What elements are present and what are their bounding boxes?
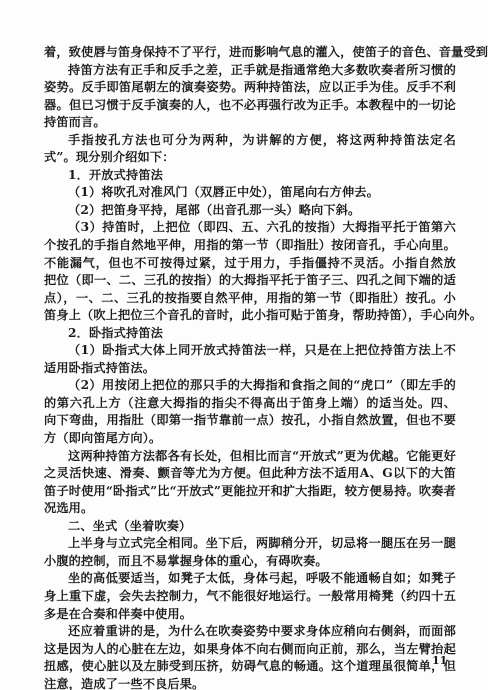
text-line: 小腹的控制，而且不易掌握身体的重心，有碍吹奏。 bbox=[44, 553, 456, 571]
text-line: 姿势。反手即笛尾朝左的演奏姿势。两种持笛法，应以正手为佳。反手不利于学习和借鉴别… bbox=[44, 79, 456, 97]
text-line: 1．开放式持笛法 bbox=[44, 167, 456, 185]
text-line: （2）用按闭上把位的那只手的大拇指和食指之间的“虎口”（即左手的虎口），夹托于笛… bbox=[44, 377, 456, 395]
text-line: 身上重下虚，会失去控制力，气不能很好地运行。一般常用椅凳（约四十五公分）最合适。… bbox=[44, 588, 456, 606]
text-line: 况选用。 bbox=[44, 500, 456, 518]
text-line: 持笛而言。 bbox=[44, 114, 456, 132]
text-line: 之灵活快速、滑奏、颤音等尤为方便。但此种方法不适用A、G以下的大笛子（即箫笛）。… bbox=[44, 465, 456, 483]
text-line: 笛子时使用“卧指式”比“开放式”更能拉开和扩大指距，较方便易持。吹奏者可以根据自… bbox=[44, 483, 456, 501]
text-line: （2）把笛身平持，尾部（出音孔那一头）略向下斜。 bbox=[44, 202, 456, 220]
text-line: （1）将吹孔对准风门（双唇正中处），笛尾向右方伸去。 bbox=[44, 184, 456, 202]
text-line: 不能漏气，但也不可按得过紧，过于用力，手指僵持不灵活。小指自然放置，不要靠在笛子… bbox=[44, 255, 456, 273]
text-line: 持笛方法有正手和反手之差，正手就是指通常绝大多数吹奏者所习惯的笛尾朝右的演奏 bbox=[44, 62, 456, 80]
text-line: 上半身与立式完全相同。坐下后，两脚稍分开，切忌将一腿压在另一腿上，因为这样会妨碍 bbox=[44, 535, 456, 553]
text-line: 这两种持笛方法都各有长处，但相比而言“开放式”更为优越。它能更好地解放各手指，使 bbox=[44, 448, 456, 466]
text-line: 坐的高低要适当，如凳子太低，身体弓起，呼吸不能通畅自如；如凳子太高两脚不着地，全 bbox=[44, 570, 456, 588]
text-line: 适用卧指式持笛法。 bbox=[44, 360, 456, 378]
text-line: 注意，造成了一些不良后果。 bbox=[44, 676, 456, 690]
text-line: 把位（即一、二、三孔的按指）的大拇指平托于笛子三、四孔之间下端的适当处（正下方略… bbox=[44, 272, 456, 290]
page-number: 11 bbox=[432, 654, 447, 667]
section-heading: 二、坐式（坐着吹奏） bbox=[44, 518, 456, 536]
text-line: （3）持笛时，上把位（即四、五、六孔的按指）大拇指平托于笛第六孔前面外下侧处，其… bbox=[44, 219, 456, 237]
text-line: 器。但已习惯于反手演奏的人，也不必再强行改为正手。本教程中的一切论述及谱例均以正… bbox=[44, 97, 456, 115]
text-line: 还应着重讲的是，为什么在吹奏姿势中要求身体应稍向右侧斜，而面部却要向正前方呢？ bbox=[44, 623, 456, 641]
text-line: 扭感，使心脏以及左肺受到压挤，妨碍气息的畅通。这个道理虽很简单，但往往不被一些吹… bbox=[44, 658, 456, 676]
text-line: 笛身上（吹上把位三个音孔的音时，此小指可贴于笛身，帮助持笛），手心向外。 bbox=[44, 307, 456, 325]
text-line: 向下弯曲，用指肚（即第一指节靠前一点）按孔，小指自然放置，但也不要贴于笛身上。手… bbox=[44, 412, 456, 430]
text-line: 多是在合奏和伴奏中使用。 bbox=[44, 606, 456, 624]
text-line: 着，致使唇与笛身保持不了平行，进而影响气息的灌入，使笛子的音色、音量受到损失。 bbox=[44, 44, 456, 62]
text-line: 方（即向笛尾方向）。 bbox=[44, 430, 456, 448]
text-line: 2．卧指式持笛法 bbox=[44, 325, 456, 343]
text-line: 这是因为人的心脏在左边，如果身体不向右侧而向正前，那么，当左臂抬起之后，就会使身… bbox=[44, 641, 456, 659]
text-line: 个按孔的手指自然地平伸，用指的第一节（即指肚）按闭音孔，手心向里。手指按闭音孔要… bbox=[44, 237, 456, 255]
text-line: 的第六孔上方（注意大拇指的指尖不得高出于笛身上端）的适当处。四、五、六孔的按指自… bbox=[44, 395, 456, 413]
text-line: 式”。现分别介绍如下： bbox=[44, 149, 456, 167]
text-line: 点），一、二、三孔的按指要自然平伸，用指的第一节（即指肚）按孔。小指自然放置，有… bbox=[44, 290, 456, 308]
text-line: （1）卧指式大体上同开放式持笛法一样，只是在上把位持笛方法上不同。其他各项要求均 bbox=[44, 342, 456, 360]
document-body: 着，致使唇与笛身保持不了平行，进而影响气息的灌入，使笛子的音色、音量受到损失。持… bbox=[44, 44, 456, 690]
text-line: 手指按孔方法也可分为两种，为讲解的方便，将这两种持笛法定名为“开放式”和“卧指 bbox=[44, 132, 456, 150]
